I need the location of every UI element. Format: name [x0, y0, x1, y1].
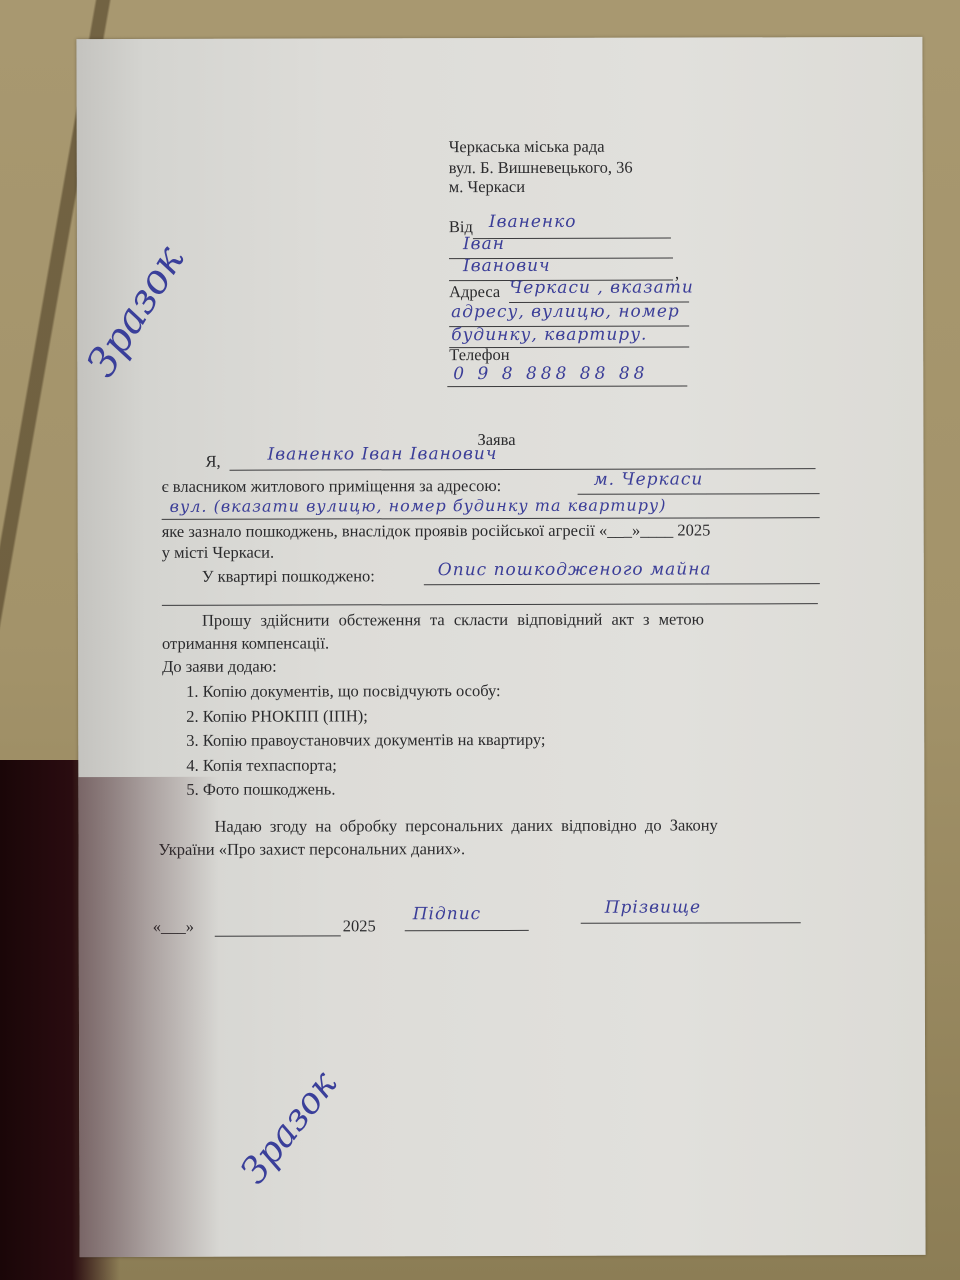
- sender-patronymic: Іванович: [463, 256, 551, 276]
- damage-text: яке зазнало пошкоджень, внаслідок прояві…: [162, 522, 711, 540]
- i-label: Я,: [205, 454, 220, 471]
- application-sheet: Черкаська міська рада вул. Б. Вишневецьк…: [76, 37, 925, 1257]
- signer-surname: Прізвище: [605, 897, 701, 917]
- addressee-line-2: вул. Б. Вишневецького, 36: [449, 160, 633, 177]
- sender-name: Іван: [463, 234, 505, 254]
- request-line-1: Прошу здійснити обстеження та скласти ві…: [202, 611, 704, 629]
- address-label: Адреса: [449, 284, 500, 301]
- city-text: у місті Черкаси.: [162, 545, 274, 562]
- owner-text: є власником житлового приміщення за адре…: [162, 478, 502, 495]
- addressee-line-3: м. Черкаси: [449, 179, 525, 196]
- underline: [230, 468, 816, 471]
- phone-label: Телефон: [449, 347, 509, 364]
- footer-year: 2025: [343, 918, 376, 935]
- attachment-item: 5. Фото пошкоджень.: [186, 779, 545, 804]
- signature-underline: [405, 930, 529, 931]
- attachments-list: 1. Копію документів, що посвідчують особ…: [186, 681, 546, 804]
- attachment-item: 1. Копію документів, що посвідчують особ…: [186, 681, 545, 706]
- sample-mark-bottom: Зразок: [233, 1064, 345, 1192]
- date-underline: [215, 935, 341, 936]
- underline: [578, 493, 820, 495]
- signature: Підпис: [413, 904, 482, 924]
- sender-address-line-2: адресу, вулицю, номер: [451, 302, 680, 323]
- damaged-label: У квартирі пошкоджено:: [202, 568, 375, 585]
- underline: [447, 386, 687, 388]
- property-address-2: вул. (вказати вулицю, номер будинку та к…: [170, 496, 667, 516]
- sender-address-line-1: Черкаси , вказати: [509, 277, 694, 297]
- damaged-description: Опис пошкодженого майна: [438, 559, 712, 580]
- attachment-item: 3. Копію правоустановчих документів на к…: [186, 730, 545, 755]
- addressee-line-1: Черкаська міська рада: [449, 139, 605, 156]
- request-line-2: отримання компенсації.: [162, 635, 329, 652]
- consent-line-2: України «Про захист персональних даних».: [159, 841, 466, 858]
- sender-phone: 0 9 8 888 88 88: [453, 364, 648, 385]
- date-prefix: «___»: [153, 919, 194, 936]
- applicant-full-name: Іваненко Іван Іванович: [267, 444, 497, 465]
- underline: [424, 583, 820, 585]
- attachments-label: До заяви додаю:: [162, 659, 277, 676]
- underline: [162, 517, 820, 520]
- consent-line-1: Надаю згоду на обробку персональних дани…: [214, 817, 717, 835]
- sender-surname: Іваненко: [489, 212, 577, 232]
- surname-underline: [581, 922, 801, 924]
- underline: [162, 603, 818, 606]
- property-address-1: м. Черкаси: [594, 469, 704, 489]
- attachment-item: 2. Копію РНОКПП (ІПН);: [186, 705, 545, 730]
- sender-address-line-3: будинку, квартиру.: [451, 325, 647, 346]
- sample-mark-top: Зразок: [78, 238, 193, 385]
- attachment-item: 4. Копія техпаспорта;: [186, 754, 545, 779]
